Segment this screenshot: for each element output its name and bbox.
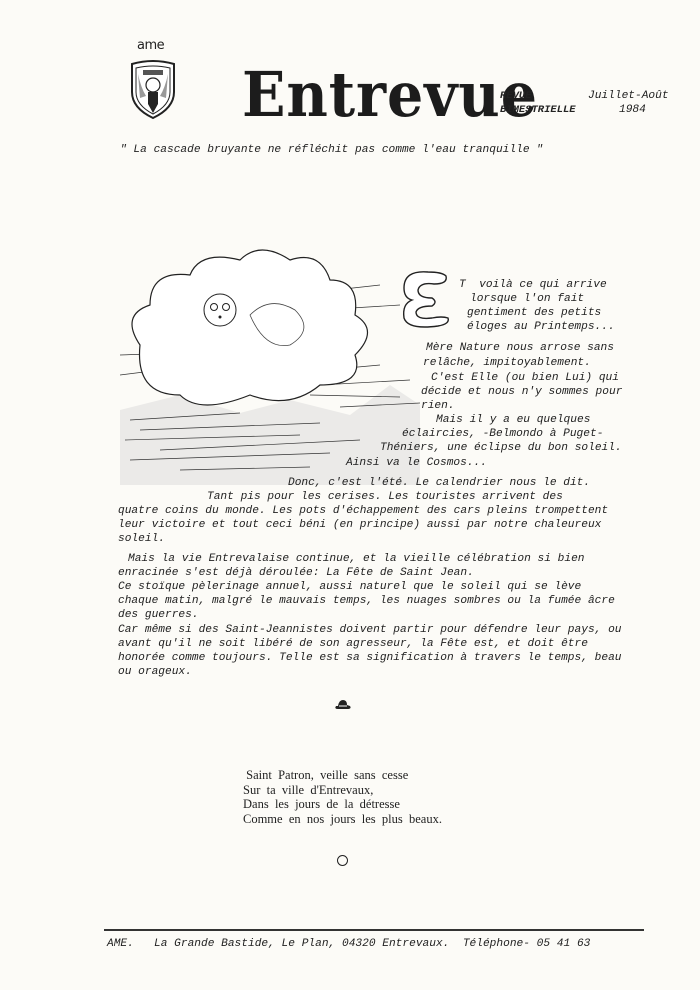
article-line: enracinée s'est déjà déroulée: La Fête d…: [118, 566, 474, 581]
article-line: chaque matin, malgré le mauvais temps, l…: [118, 594, 615, 609]
article-line: Tant pis pour les cerises. Les touristes…: [207, 490, 563, 505]
article-line: Théniers, une éclipse du bon soleil.: [380, 441, 622, 456]
poem-line: Comme en nos jours les plus beaux.: [243, 812, 442, 827]
article-line: éloges au Printemps...: [467, 320, 615, 335]
poem-line: Sur ta ville d'Entrevaux,: [243, 783, 442, 798]
article-line: ou orageux.: [118, 665, 192, 680]
article-line: des guerres.: [118, 608, 199, 623]
article-line: rien.: [421, 399, 455, 414]
circle-ornament-icon: [337, 855, 348, 866]
article-line: décide et nous n'y sommes pour: [421, 385, 622, 400]
article-line: Car même si des Saint-Jeannistes doivent…: [118, 623, 622, 638]
face-in-clouds-icon: [204, 294, 236, 326]
motto: " La cascade bruyante ne réfléchit pas c…: [120, 143, 543, 158]
footer-divider: [104, 929, 644, 931]
article-line: Ce stoïque pèlerinage annuel, aussi natu…: [118, 580, 581, 595]
article-line: Mais la vie Entrevalaise continue, et la…: [128, 552, 585, 567]
issue-year: 1984: [619, 103, 646, 118]
article-line: lorsque l'on fait: [470, 292, 584, 307]
poem-line: Saint Patron, veille sans cesse: [243, 768, 442, 783]
article-line: relâche, impitoyablement.: [423, 356, 591, 371]
article-line: soleil.: [118, 532, 165, 547]
poem-line: Dans les jours de la détresse: [243, 797, 442, 812]
article-line: avant qu'il ne soit libéré de son agress…: [118, 637, 588, 652]
magazine-title: Entrevue: [242, 60, 538, 130]
article-line: C'est Elle (ou bien Lui) qui: [431, 371, 619, 386]
article-line: honorée comme toujours. Telle est sa sig…: [118, 651, 622, 666]
article-line: T voilà ce qui arrive: [459, 278, 607, 293]
revue-label: REVUE: [500, 89, 532, 104]
coat-of-arms-icon: [128, 58, 178, 120]
cloud-illustration: [120, 235, 420, 485]
article-line: Mère Nature nous arrose sans: [426, 341, 614, 356]
poem: Saint Patron, veille sans cesse Sur ta v…: [243, 768, 442, 826]
separator-ornament-icon: [333, 698, 353, 716]
footer-address: AME. La Grande Bastide, Le Plan, 04320 E…: [107, 937, 590, 952]
bimestrielle-label: BIMESTRIELLE: [500, 103, 576, 118]
article-line: gentiment des petits: [467, 306, 601, 321]
article-line: Mais il y a eu quelques: [436, 413, 590, 428]
association-logo-text: ame: [137, 38, 164, 53]
article-line: Ainsi va le Cosmos...: [346, 456, 487, 471]
article-line: leur victoire et tout ceci béni (en prin…: [118, 518, 601, 533]
issue-period: Juillet-Août: [588, 89, 669, 104]
article-line: quatre coins du monde. Les pots d'échapp…: [118, 504, 608, 519]
article-line: Donc, c'est l'été. Le calendrier nous le…: [288, 476, 590, 491]
article-line: éclaircies, -Belmondo à Puget-: [402, 427, 603, 442]
drop-cap-letter-e: [398, 268, 456, 332]
